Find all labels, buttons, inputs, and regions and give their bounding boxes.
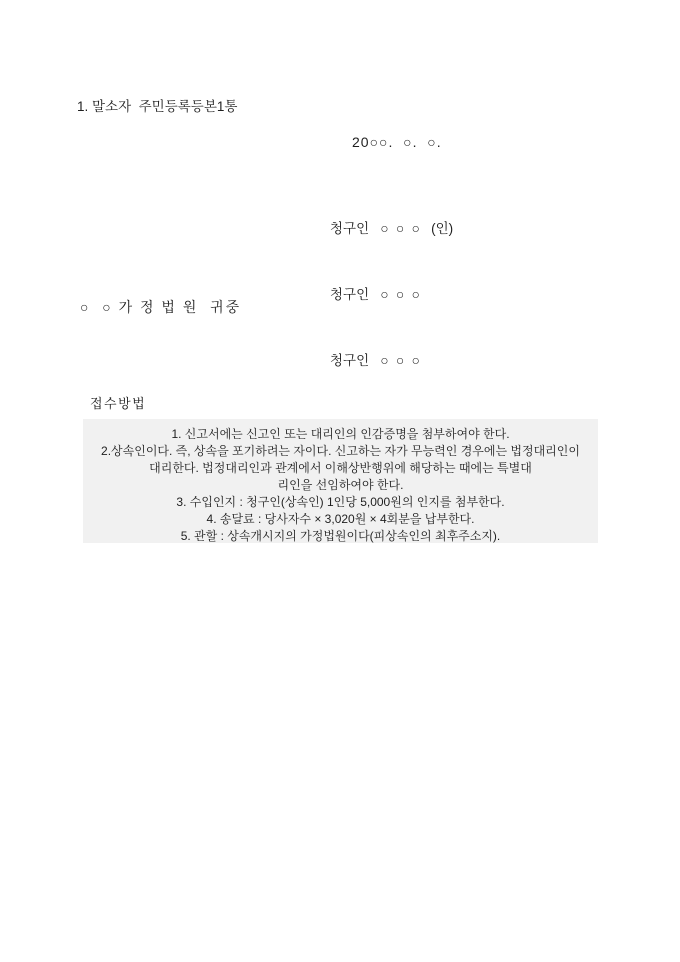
- claimant-signature-line-1: 청구인 ○ ○ ○ (인): [330, 218, 519, 240]
- reception-method-title: 접수방법: [90, 393, 146, 412]
- reception-instruction-3: 3. 수입인지 : 청구인(상속인) 1인당 5,000원의 인지를 첨부한다.: [83, 494, 598, 511]
- claimant-signature-line-2: 청구인 ○ ○ ○: [330, 284, 519, 306]
- reception-instruction-1: 1. 신고서에는 신고인 또는 대리인의 인감증명을 첨부하여야 한다.: [83, 426, 598, 443]
- reception-instruction-2: 2.상속인이다. 즉, 상속을 포기하려는 자이다. 신고하는 자가 무능력인 …: [83, 443, 598, 460]
- reception-instruction-2-cont: 대리한다. 법정대리인과 관계에서 이해상반행위에 해당하는 때에는 특별대: [83, 460, 598, 477]
- claimant-signature-line-3: 청구인 ○ ○ ○: [330, 350, 519, 372]
- reception-instruction-4: 4. 송달료 : 당사자수 × 3,020원 × 4회분을 납부한다.: [83, 511, 598, 528]
- court-address-line: ○ ○ 가 정 법 원 귀중: [80, 297, 241, 317]
- reception-instruction-2-end: 리인을 선임하여야 한다.: [83, 477, 598, 494]
- attachment-item-line: 1. 말소자 주민등록등본1통: [77, 95, 237, 115]
- document-page: 1. 말소자 주민등록등본1통 20○○. ○. ○. 청구인 ○ ○ ○ (인…: [0, 0, 680, 962]
- reception-instruction-5: 5. 관할 : 상속개시지의 가정법원이다(피상속인의 최후주소지).: [83, 528, 598, 545]
- reception-method-box: 1. 신고서에는 신고인 또는 대리인의 인감증명을 첨부하여야 한다. 2.상…: [83, 419, 598, 543]
- date-line: 20○○. ○. ○.: [352, 134, 442, 150]
